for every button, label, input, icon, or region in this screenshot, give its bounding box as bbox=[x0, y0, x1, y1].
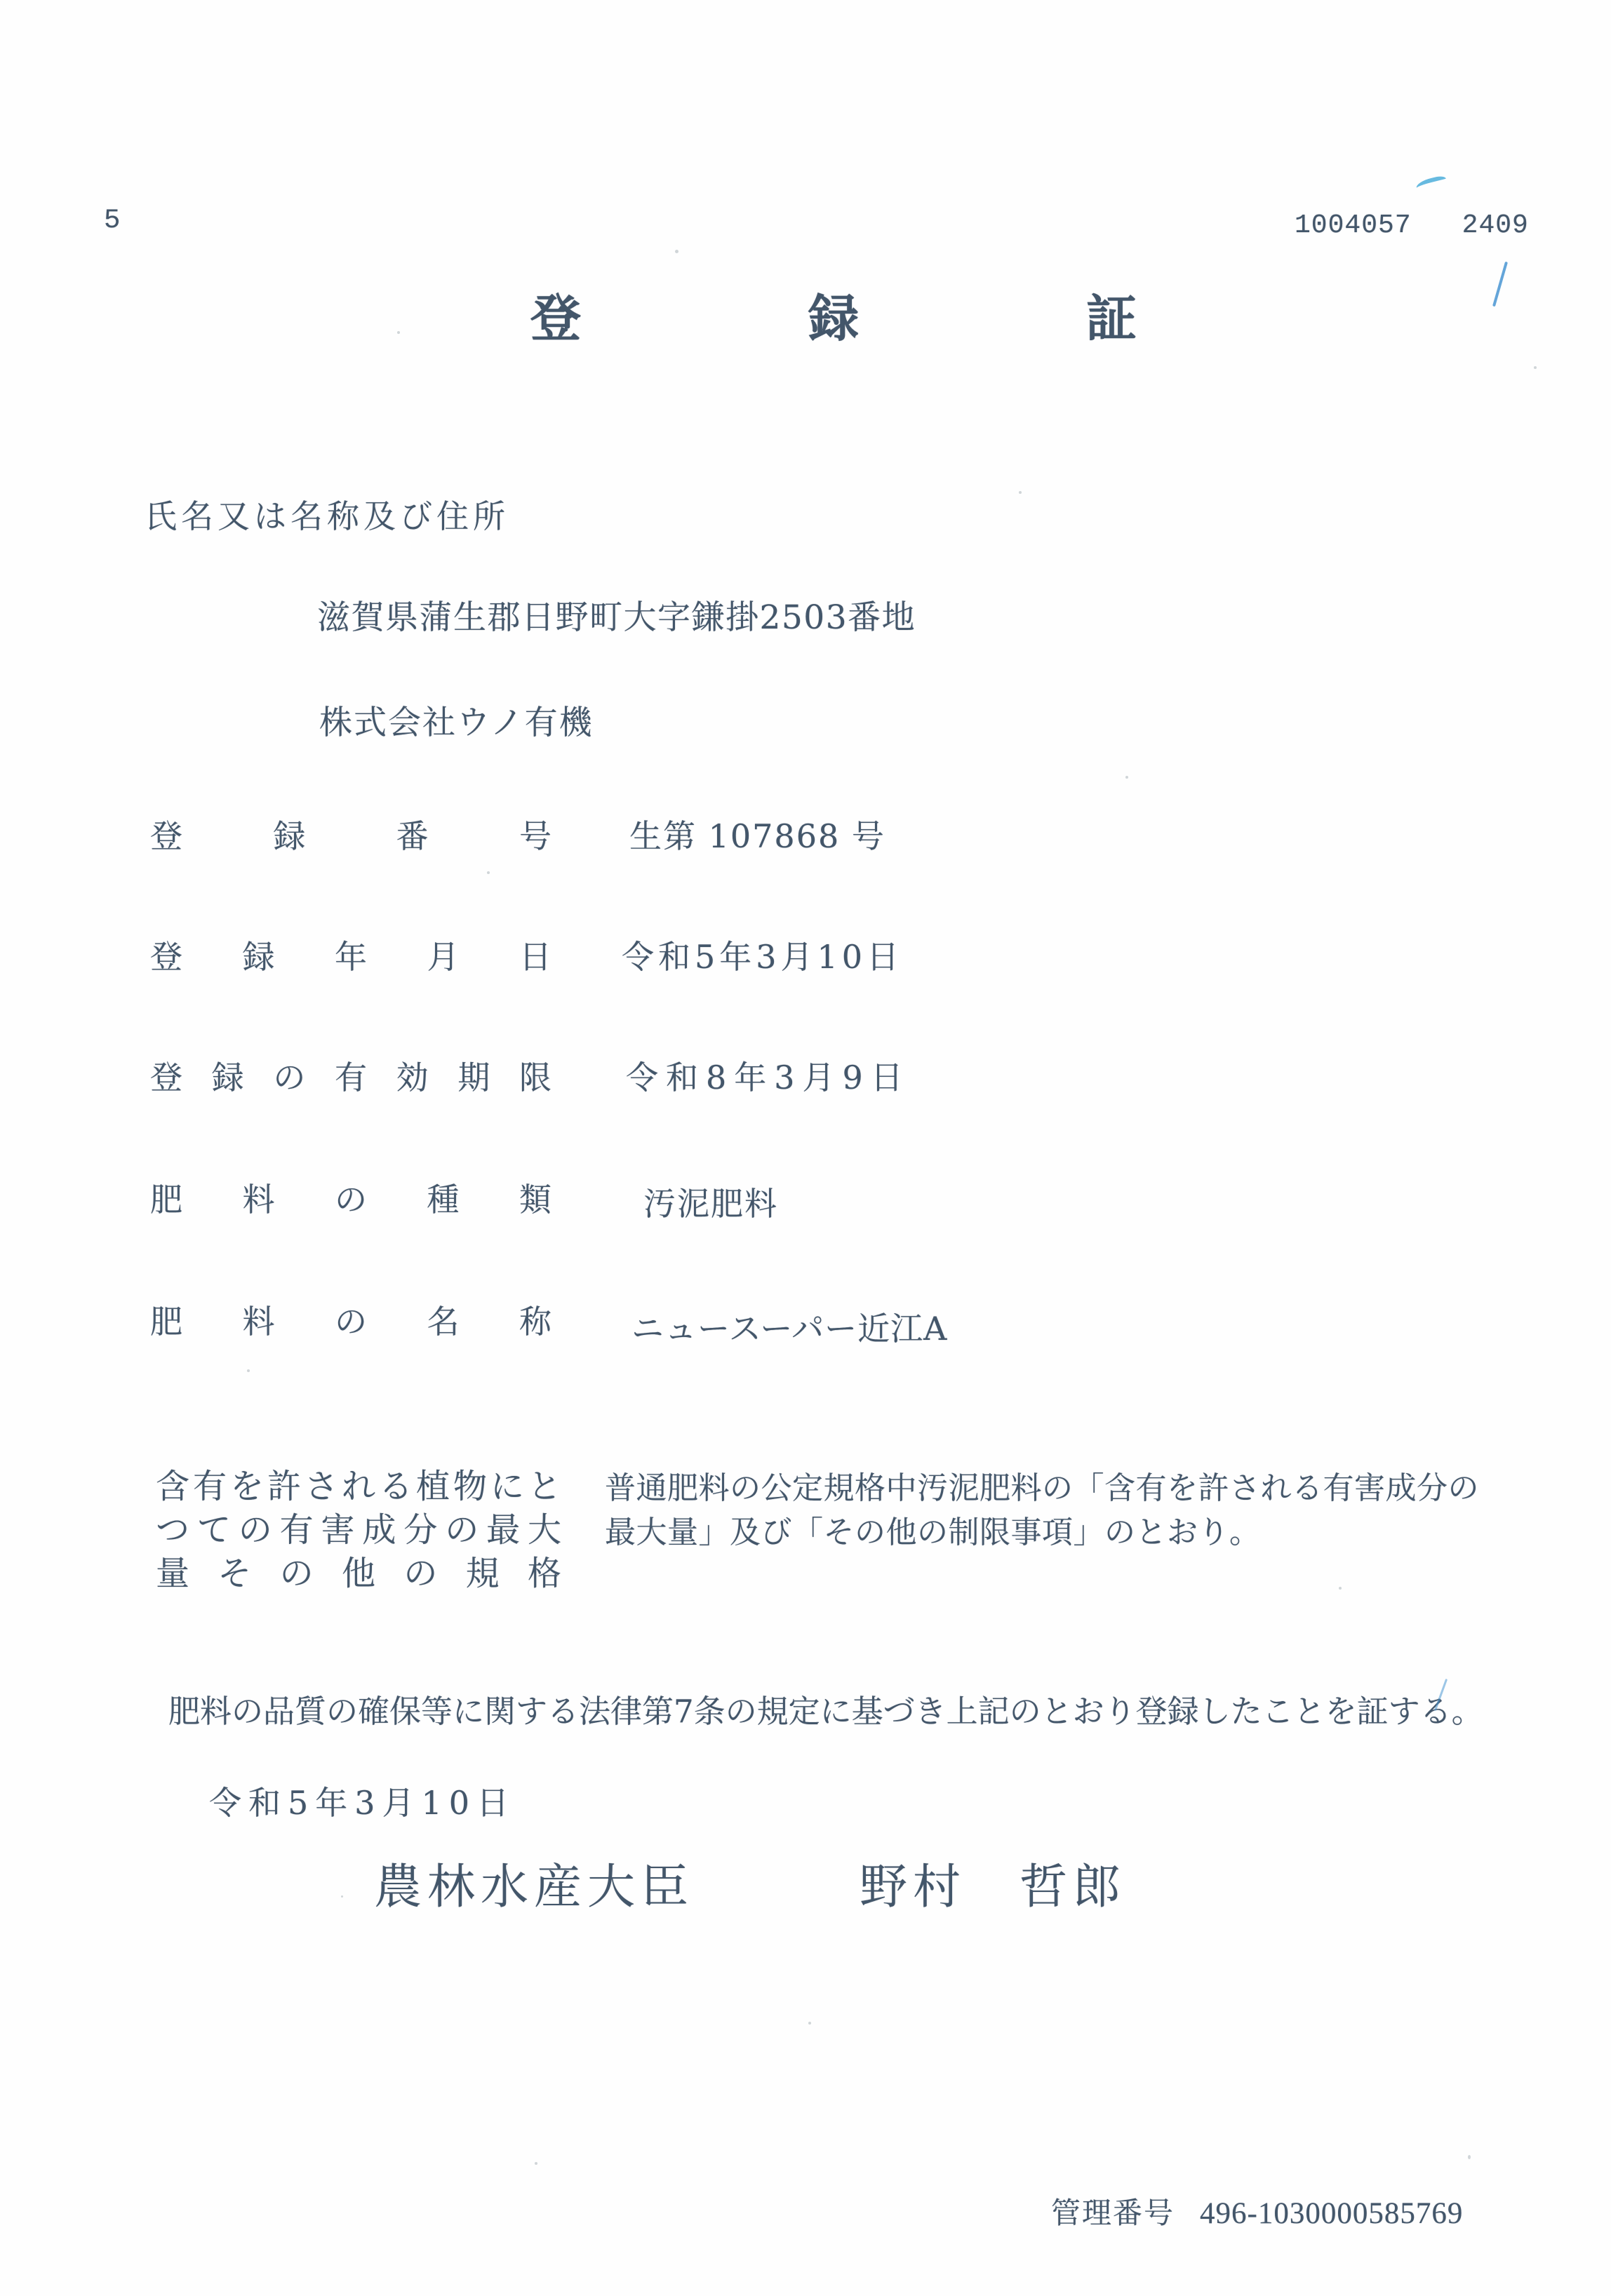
spec-label-line-1: 含有を許される植物にと bbox=[156, 1459, 561, 1503]
field-value: 令和5年3月10日 bbox=[622, 932, 903, 978]
control-number-value: 496-1030000585769 bbox=[1200, 2197, 1463, 2230]
document-title: 登 録 証 bbox=[530, 290, 1137, 346]
scan-speck bbox=[341, 1895, 343, 1898]
scan-speck bbox=[247, 1369, 250, 1372]
scan-speck bbox=[397, 331, 400, 334]
field-row-registration-date: 登 録 年 月 日 令和5年3月10日 bbox=[0, 932, 1611, 981]
control-number-line: 管理番号496-1030000585769 bbox=[1051, 2190, 1463, 2232]
field-label: 肥 料 の 名 称 bbox=[150, 1296, 552, 1343]
registration-certificate-page: 5 1004057 2409 登 録 証 氏名又は名称及び住所 滋賀県蒲生郡日野… bbox=[0, 0, 1611, 2296]
scan-speck bbox=[1339, 1587, 1342, 1590]
scan-speck bbox=[1468, 2155, 1471, 2159]
holder-name: 株式会社ウノ有機 bbox=[319, 697, 594, 744]
spec-section-label: 含有を許される植物にと つての有害成分の最大 量 そ の 他 の 規 格 bbox=[156, 1459, 561, 1590]
holder-address: 滋賀県蒲生郡日野町大字鎌掛2503番地 bbox=[317, 591, 916, 638]
serial-number-main: 1004057 bbox=[1295, 210, 1412, 241]
certification-statement: 肥料の品質の確保等に関する法律第7条の規定に基づき上記のとおり登録したことを証す… bbox=[168, 1686, 1483, 1731]
certification-date: 令和5年3月10日 bbox=[209, 1778, 516, 1824]
spec-label-line-3: 量 そ の 他 の 規 格 bbox=[156, 1546, 561, 1590]
spec-label-line-2: つての有害成分の最大 bbox=[156, 1503, 561, 1546]
blue-pen-squiggle-mark bbox=[1415, 175, 1448, 193]
scan-speck bbox=[1125, 776, 1128, 779]
field-value: 汚泥肥料 bbox=[643, 1179, 778, 1225]
field-row-expiry-date: 登 録 の 有 効 期 限 令和8年3月9日 bbox=[0, 1052, 1611, 1101]
page-number: 5 bbox=[104, 205, 120, 236]
spec-section-value: 普通肥料の公定規格中汚泥肥料の「含有を許される有害成分の 最大量」及び「その他の… bbox=[605, 1463, 1489, 1551]
serial-number: 1004057 2409 bbox=[1295, 210, 1529, 241]
scan-speck bbox=[675, 250, 679, 253]
scan-speck bbox=[1534, 366, 1537, 369]
scan-speck bbox=[1019, 491, 1022, 494]
minister-name: 野村 哲郎 bbox=[860, 1849, 1126, 1917]
control-number-label: 管理番号 bbox=[1051, 2196, 1175, 2230]
field-value: ニュースーパー近江A bbox=[631, 1303, 947, 1350]
spec-value-line-2: 最大量」及び「その他の制限事項」のとおり。 bbox=[605, 1507, 1489, 1551]
field-label: 登 録 の 有 効 期 限 bbox=[150, 1052, 552, 1099]
field-label: 登 録 年 月 日 bbox=[150, 932, 552, 978]
spec-value-line-1: 普通肥料の公定規格中汚泥肥料の「含有を許される有害成分の bbox=[605, 1463, 1489, 1507]
serial-number-sub: 2409 bbox=[1462, 210, 1529, 241]
scan-speck bbox=[808, 2022, 811, 2025]
scan-speck bbox=[535, 2162, 537, 2165]
holder-section-label: 氏名又は名称及び住所 bbox=[145, 491, 509, 537]
field-label: 肥 料 の 種 類 bbox=[150, 1174, 552, 1221]
field-row-fertilizer-type: 肥 料 の 種 類 汚泥肥料 bbox=[0, 1174, 1611, 1223]
scan-speck bbox=[487, 871, 490, 874]
field-value: 令和8年3月9日 bbox=[626, 1052, 911, 1099]
field-row-registration-number: 登 録 番 号 生第 107868 号 bbox=[0, 811, 1611, 860]
field-label: 登 録 番 号 bbox=[150, 811, 552, 857]
minister-title: 農林水産大臣 bbox=[374, 1849, 694, 1917]
blue-pen-slash-mark bbox=[1492, 262, 1508, 307]
field-row-fertilizer-name: 肥 料 の 名 称 ニュースーパー近江A bbox=[0, 1296, 1611, 1345]
field-value: 生第 107868 号 bbox=[629, 811, 885, 857]
